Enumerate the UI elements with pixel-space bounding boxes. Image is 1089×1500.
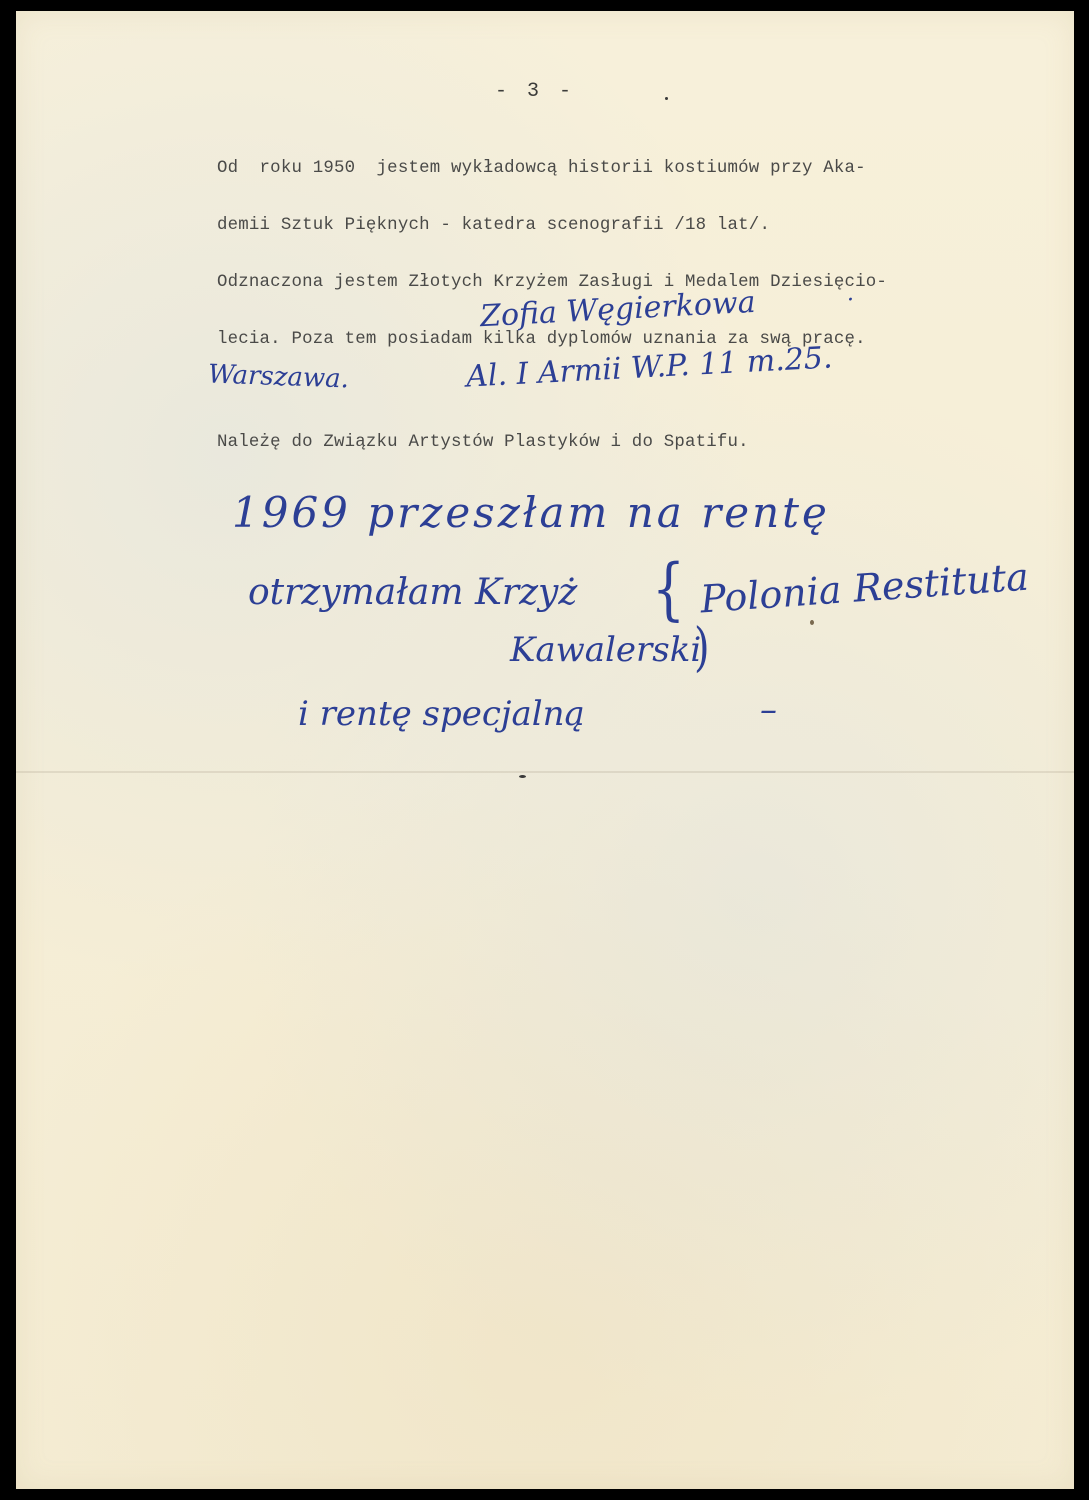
typed-line: Odznaczona jestem Złotych Krzyżem Zasług… <box>217 273 887 292</box>
ink-speck <box>519 775 526 778</box>
typed-line: Od roku 1950 jestem wykładowcą historii … <box>217 159 887 178</box>
paper-fold-line <box>16 771 1074 773</box>
ink-speck <box>665 97 668 100</box>
handwritten-dash: – <box>760 690 777 730</box>
typed-line: Należę do Związku Artystów Plastyków i d… <box>217 433 887 452</box>
handwritten-note-line-4: i rentę specjalną <box>298 694 585 734</box>
brace-close-mark: ) <box>694 618 710 678</box>
signature-city: Warszawa. <box>208 360 350 395</box>
page-number: - 3 - <box>495 80 575 103</box>
brace-open-mark: { <box>652 551 685 629</box>
ink-speck <box>810 620 814 625</box>
signature-mark: · <box>847 288 854 313</box>
typed-line: demii Sztuk Pięknych - katedra scenograf… <box>217 216 887 235</box>
handwritten-note-line-1: 1969 przeszłam na rentę <box>232 488 830 537</box>
handwritten-note-line-3: Kawalerski <box>510 630 701 670</box>
handwritten-note-line-2-start: otrzymałam Krzyż <box>248 572 577 613</box>
